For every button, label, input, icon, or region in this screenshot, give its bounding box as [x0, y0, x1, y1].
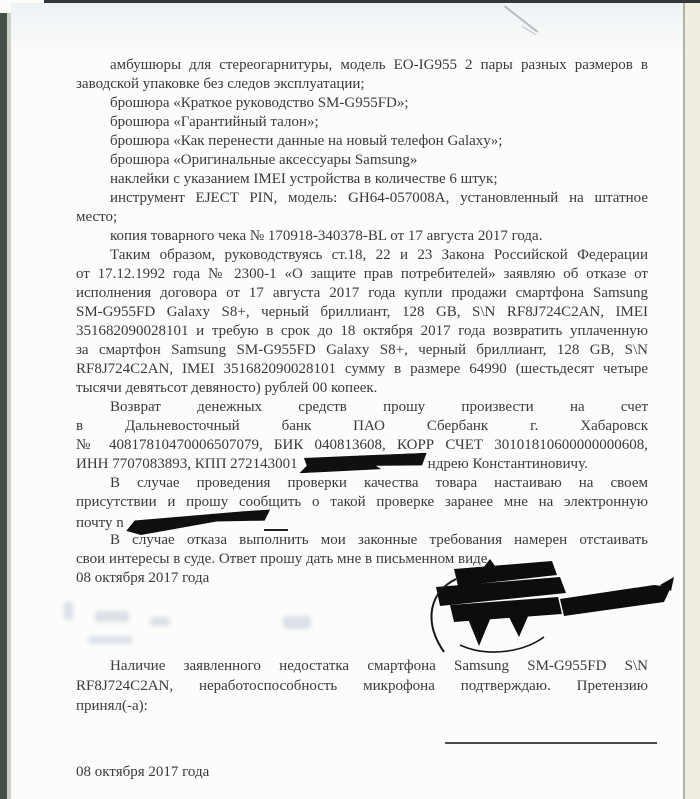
claim-document-page: амбушюры для стереогарнитуры, модель EO-…	[0, 0, 700, 799]
document-line: RF8J724C2AN, неработоспособность микрофо…	[76, 676, 648, 696]
document-line: брошюра «Краткое руководство SM-G955FD»;	[76, 94, 648, 113]
document-line: за смартфон Samsung SM-G955FD Galaxy S8+…	[76, 341, 648, 360]
scan-edge-left-highlight	[7, 13, 11, 799]
document-line: SM-G955FD Galaxy S8+, черный бриллиант, …	[76, 303, 648, 322]
document-line: принял(-а):	[76, 696, 648, 716]
document-line: В случае проведения проверки качества то…	[76, 474, 648, 493]
scan-tint-top	[11, 3, 683, 55]
document-line: место;	[76, 208, 648, 227]
document-line: тысячи девятьсот девяносто) рублей 00 ко…	[76, 379, 648, 398]
document-line: инструмент EJECT PIN, модель: GH64-05700…	[76, 189, 648, 208]
document-line: присутствии и прошу сообщить о такой про…	[76, 493, 648, 512]
redaction-mark-kpp	[298, 453, 426, 473]
text-segment: почту n	[76, 515, 124, 531]
paper-edge-right-line	[683, 3, 685, 799]
text-segment: ИНН 7707083893, КПП 272143001	[76, 456, 298, 472]
document-line: RF8J724C2AN, IMEI 351682090028101 сумму …	[76, 360, 648, 379]
document-line: ИНН 7707083893, КПП 272143001ндрею Конст…	[76, 455, 648, 474]
document-line: брошюра «Как перенести данные на новый т…	[76, 132, 648, 151]
bleed-through-artifact	[283, 616, 311, 629]
document-line: В случае отказа выполнить мои законные т…	[76, 531, 648, 550]
scan-edge-left	[0, 13, 7, 799]
document-line: заводской упаковке без следов эксплуатац…	[76, 75, 648, 94]
claim-date: 08 октября 2017 года	[76, 570, 209, 587]
bleed-through-artifact	[95, 611, 129, 622]
document-line: в Дальневосточный банк ПАО Сбербанк г. Х…	[76, 417, 648, 436]
document-line: Возврат денежных средств прошу произвест…	[76, 398, 648, 417]
bleed-through-artifact	[64, 602, 73, 620]
bleed-through-artifact	[88, 636, 132, 644]
bleed-through-artifact	[150, 617, 170, 626]
text-segment: ндрею Константиновичу.	[428, 456, 588, 472]
document-line: брошюра «Гарантийный талон»;	[76, 113, 648, 132]
document-line: почту n	[76, 512, 648, 531]
document-line: исполнения договора от 17 августа 2017 г…	[76, 284, 648, 303]
document-line: от 17.12.1992 года № 2300-1 «О защите пр…	[76, 265, 648, 284]
document-line: наклейки с указанием IMEI устройства в к…	[76, 170, 648, 189]
document-line: брошюра «Оригинальные аксессуары Samsung…	[76, 151, 648, 170]
document-line: амбушюры для стереогарнитуры, модель EO-…	[76, 56, 648, 75]
document-line: 351682090028101 и требую в срок до 18 ок…	[76, 322, 648, 341]
document-body: амбушюры для стереогарнитуры, модель EO-…	[76, 56, 648, 569]
document-line: Наличие заявленного недостатка смартфона…	[76, 656, 648, 676]
signature-line	[445, 742, 657, 744]
acceptance-section: Наличие заявленного недостатка смартфона…	[76, 656, 648, 716]
document-line: копия товарного чека № 170918-340378-BL …	[76, 227, 648, 246]
redacted-signature	[424, 559, 676, 669]
document-line: № 40817810470006507079, БИК 040813608, К…	[76, 436, 648, 455]
document-line: Таким образом, руководствуясь ст.18, 22 …	[76, 246, 648, 265]
paper-edge-right	[685, 3, 700, 799]
acceptance-date: 08 октября 2017 года	[76, 764, 209, 781]
